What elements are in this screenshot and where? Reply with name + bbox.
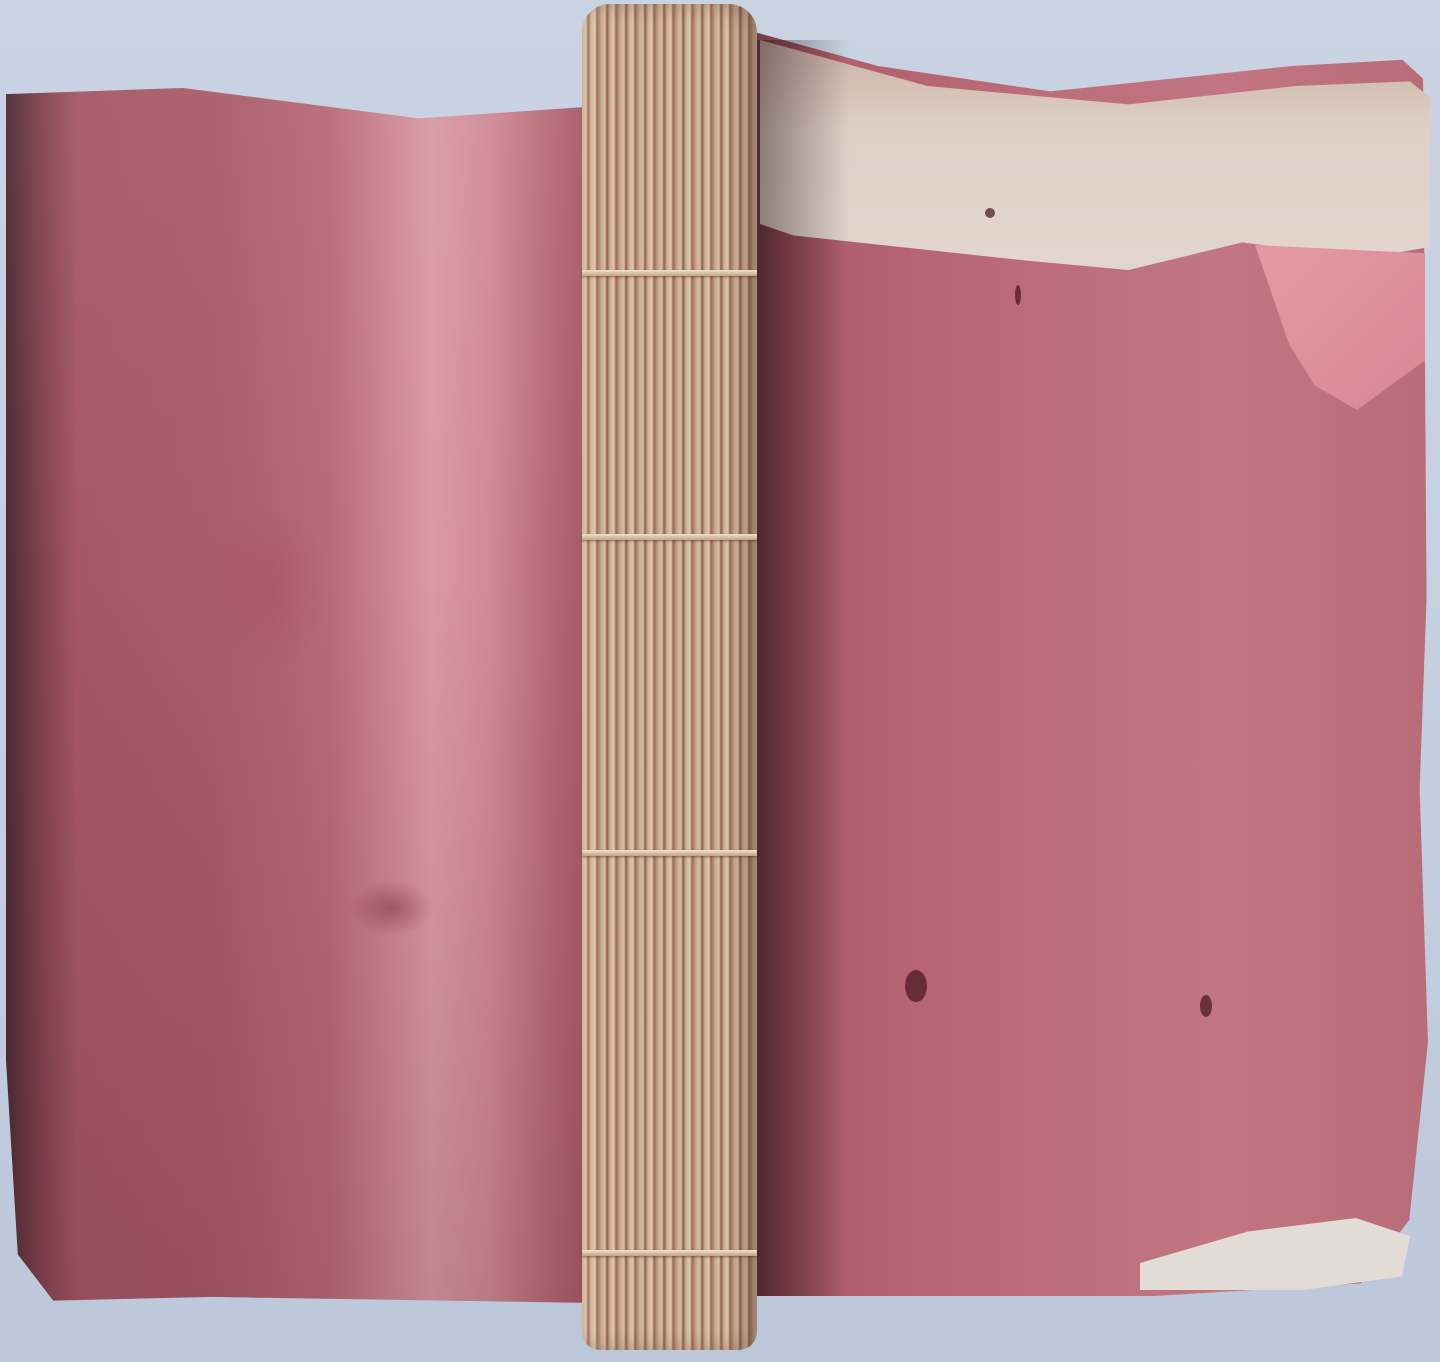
binding-band xyxy=(582,534,757,540)
ink-stain xyxy=(1015,285,1021,305)
left-cover xyxy=(6,88,596,1303)
binding-band xyxy=(582,270,757,276)
binding-band xyxy=(582,850,757,856)
book-spine xyxy=(582,4,757,1350)
book-photo xyxy=(0,0,1440,1362)
ink-stain xyxy=(905,970,927,1002)
ink-stain xyxy=(985,208,995,218)
binding-band xyxy=(582,1250,757,1256)
ink-stain xyxy=(1200,995,1212,1017)
